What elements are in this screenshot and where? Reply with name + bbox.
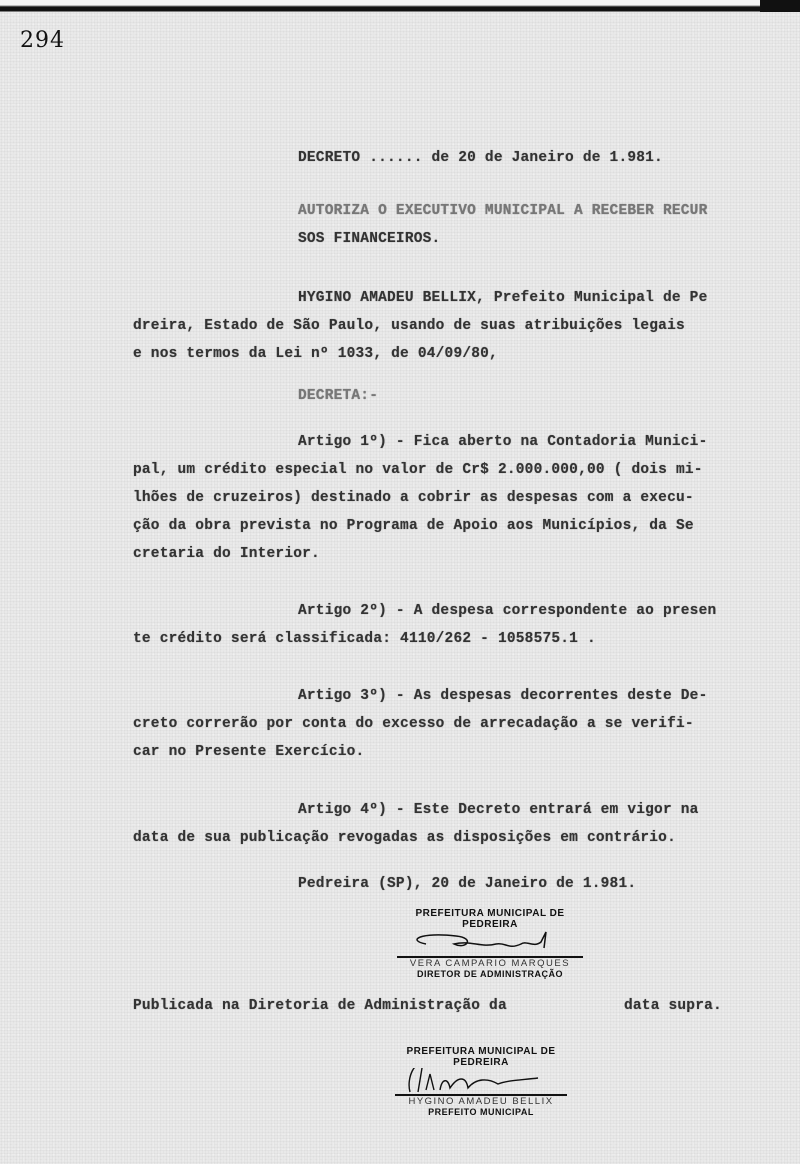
article-line: pal, um crédito especial no valor de Cr$… [133,462,703,478]
decreta-heading: DECRETA:- [298,388,378,404]
stamp-org: PREFEITURA MUNICIPAL DE PEDREIRA [396,908,584,930]
publication-note: Publicada na Diretoria de Administração … [133,998,507,1014]
scan-top-edge [0,0,800,12]
stamp-title: DIRETOR DE ADMINISTRAÇÃO [396,969,584,979]
article-line: lhões de cruzeiros) destinado a cobrir a… [133,490,694,506]
article-line: data de sua publicação revogadas as disp… [133,830,676,846]
article-line: ção da obra prevista no Programa de Apoi… [133,518,694,534]
signature-icon [388,1068,574,1094]
stamp-name: HYGINO AMADEU BELLIX [388,1096,574,1107]
article-line: Artigo 2º) - A despesa correspondente ao… [298,603,716,619]
stamp-title: PREFEITO MUNICIPAL [388,1107,574,1117]
place-date: Pedreira (SP), 20 de Janeiro de 1.981. [298,876,636,892]
article-line: te crédito será classificada: 4110/262 -… [133,631,596,647]
article-line: Artigo 4º) - Este Decreto entrará em vig… [298,802,699,818]
scan-corner [760,0,800,12]
summary-line-2: SOS FINANCEIROS. [298,231,440,247]
preamble-line-1: HYGINO AMADEU BELLIX, Prefeito Municipal… [298,290,707,306]
stamp-name: VERA CAMPARIO MARQUES [396,958,584,969]
publication-note-end: data supra. [624,998,722,1014]
stamp-org: PREFEITURA MUNICIPAL DE PEDREIRA [388,1046,574,1068]
preamble-line-3: e nos termos da Lei nº 1033, de 04/09/80… [133,346,498,362]
signature [396,930,584,956]
stamp-mayor: PREFEITURA MUNICIPAL DE PEDREIRA HYGINO … [388,1046,574,1117]
article-line: Artigo 3º) - As despesas decorrentes des… [298,688,707,704]
decree-title: DECRETO ...... de 20 de Janeiro de 1.981… [298,150,663,166]
stamp-director: PREFEITURA MUNICIPAL DE PEDREIRA VERA CA… [396,908,584,979]
article-line: creto correrão por conta do excesso de a… [133,716,694,732]
summary-line-1: AUTORIZA O EXECUTIVO MUNICIPAL A RECEBER… [298,203,707,219]
signature [388,1068,574,1094]
page-number: 294 [20,28,65,53]
article-line: cretaria do Interior. [133,546,320,562]
article-line: Artigo 1º) - Fica aberto na Contadoria M… [298,434,707,450]
article-line: car no Presente Exercício. [133,744,364,760]
signature-icon [396,930,584,956]
preamble-line-2: dreira, Estado de São Paulo, usando de s… [133,318,685,334]
